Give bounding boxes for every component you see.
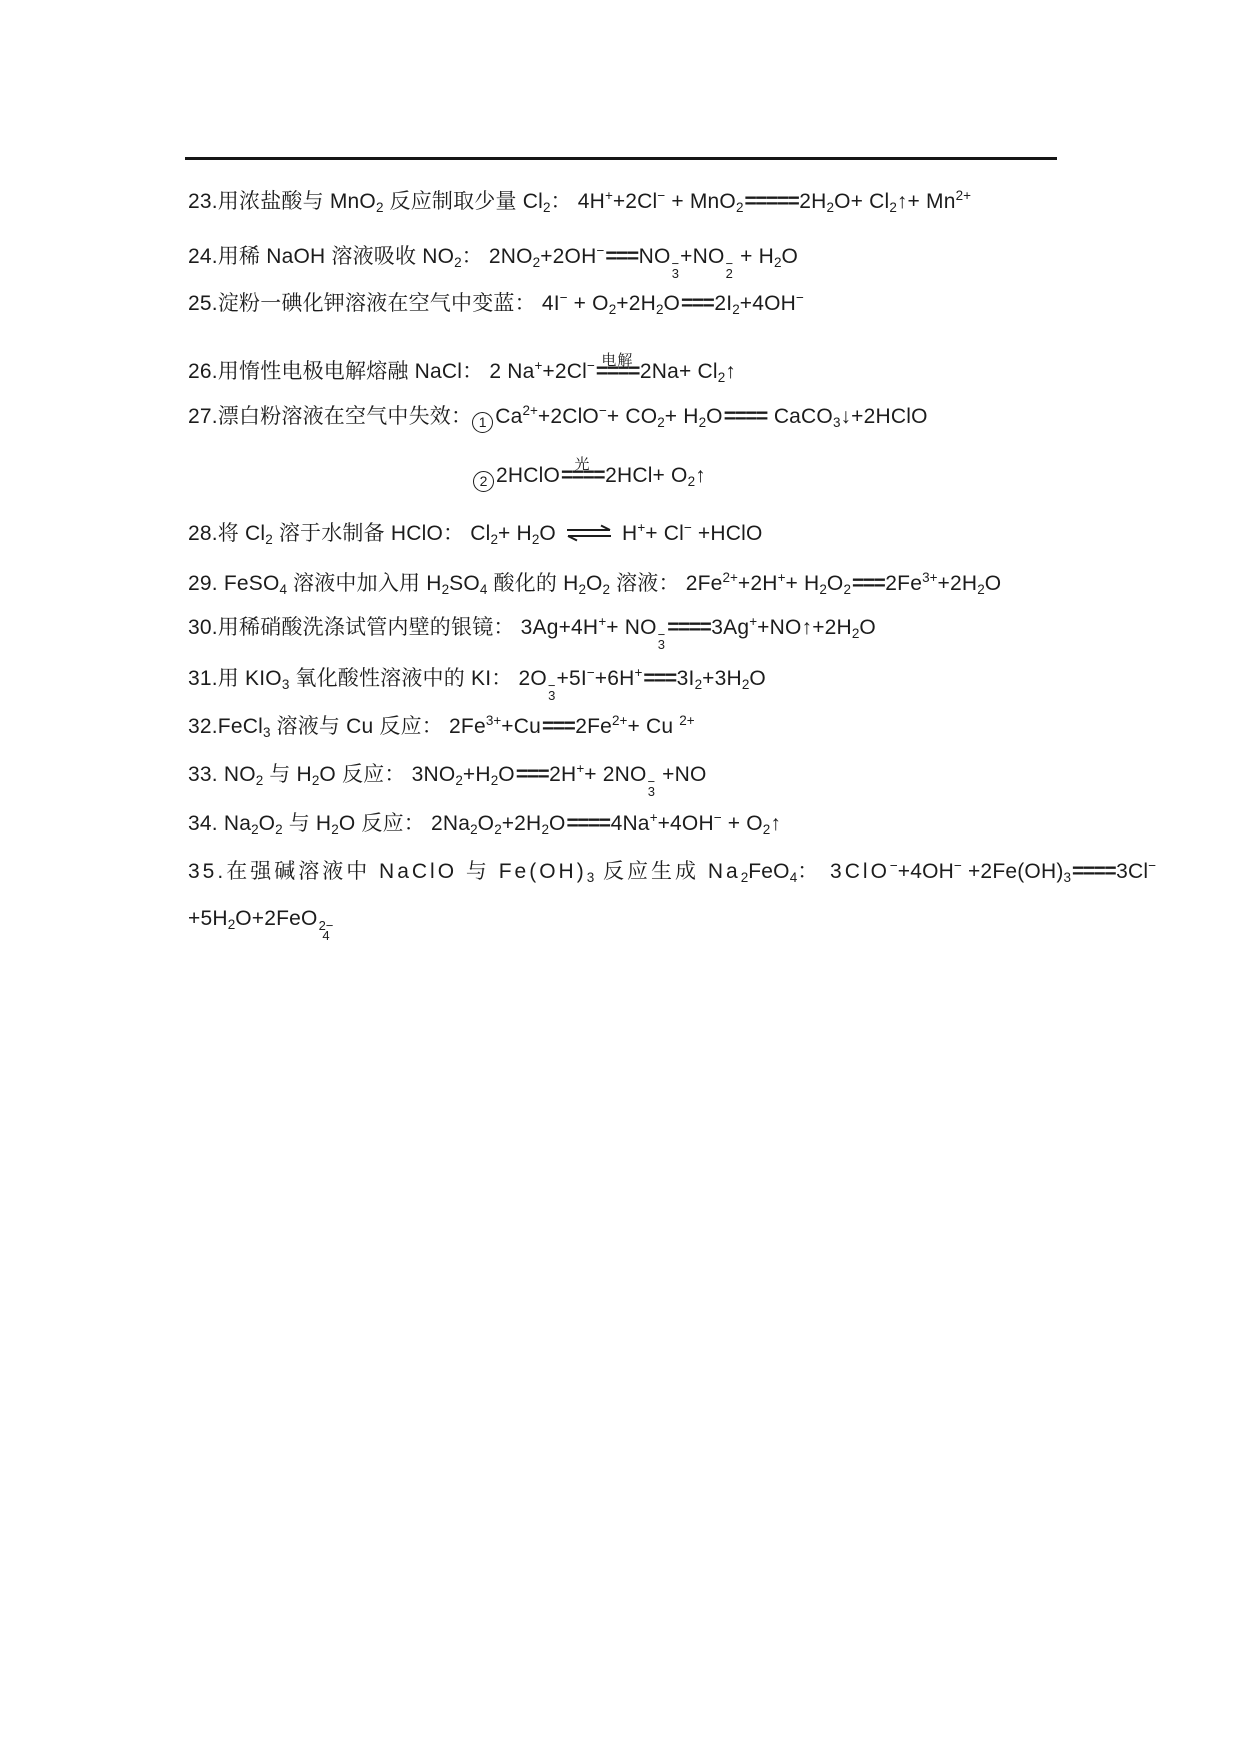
subscript: 2 (977, 582, 985, 597)
equation-line-29: 29. FeSO4 溶液中加入用 H2SO4 酸化的 H2O2 溶液： 2Fe2… (188, 564, 1001, 603)
equals-sign: ====电解 (596, 358, 639, 385)
charge-stack: 2−4 (318, 921, 335, 941)
subscript: 3 (1064, 870, 1072, 885)
text-run: ： 2NO (462, 245, 533, 268)
text-run: + O (722, 812, 763, 835)
text-run: +2Fe(OH) (962, 860, 1064, 883)
equation-line-35: 35.在强碱溶液中 NaClO 与 Fe(OH)3 反应生成 Na2FeO4： … (188, 852, 1156, 891)
text-run: +6H (595, 667, 635, 690)
text-run: O 反应： 2Na (339, 812, 470, 835)
text-run: +5H (188, 907, 228, 930)
text-run: 反应生成 Na (594, 860, 741, 883)
text-run: 33. NO (188, 763, 256, 786)
stack-subscript: 3 (658, 640, 665, 650)
equals-bars: ==== (1072, 860, 1115, 883)
text-run: +2OH (540, 245, 596, 268)
superscript: + (634, 665, 642, 680)
superscript: 2+ (522, 403, 537, 418)
text-run: 28.将 Cl (188, 522, 265, 545)
stack-subscript: 3 (672, 269, 679, 279)
text-run: 2Fe (575, 715, 612, 738)
equals-sign: ==== (1072, 858, 1115, 885)
text-run: + Cl (645, 522, 684, 545)
text-run: + H (665, 405, 699, 428)
text-run: 溶液与 Cu 反应： 2Fe (270, 715, 485, 738)
text-run: + 2NO (584, 763, 646, 786)
text-run: 与 H (283, 812, 332, 835)
superscript: − (587, 358, 595, 373)
text-run: +2Cl (542, 360, 587, 383)
text-run: O+2FeO (235, 907, 317, 930)
text-run: O (782, 245, 799, 268)
text-run: 34. Na (188, 812, 251, 835)
text-run: +NO↑+2H (757, 616, 852, 639)
subscript: 2 (843, 582, 851, 597)
text-run: O (586, 572, 603, 595)
text-run: 2Na+ Cl (640, 360, 718, 383)
text-run: 35.在强碱溶液中 NaClO 与 Fe(OH) (188, 860, 587, 883)
superscript: − (1148, 858, 1156, 873)
text-run: SO (449, 572, 480, 595)
subscript: 2 (819, 582, 827, 597)
text-run: +2H (937, 572, 977, 595)
text-run: O 反应： 3NO (319, 763, 455, 786)
text-run: O (706, 405, 723, 428)
superscript: + (778, 570, 786, 585)
superscript: − (714, 810, 722, 825)
text-run: +NO (680, 245, 724, 268)
equals-bars: ==== (724, 405, 767, 428)
text-run: O (478, 812, 495, 835)
subscript: 2 (827, 200, 835, 215)
text-run: ↑ (725, 360, 736, 383)
equals-bars: === (852, 572, 884, 595)
superscript: + (605, 188, 613, 203)
equals-bars: === (681, 292, 713, 315)
text-run: O (985, 572, 1002, 595)
text-run: +H (463, 763, 491, 786)
equation-line-35-continued: +5H2O+2FeO2−4 (188, 905, 334, 941)
equals-bars: ===== (744, 190, 798, 213)
text-run: +3H (702, 667, 742, 690)
circled-number: 2 (473, 471, 494, 492)
text-run: H (616, 522, 637, 545)
page: 23.用浓盐酸与 MnO2 反应制取少量 Cl2： 4H++2Cl− + MnO… (0, 0, 1242, 1757)
equation-line-24: 24.用稀 NaOH 溶液吸收 NO2： 2NO2+2OH−===NO−3+NO… (188, 237, 798, 279)
equals-sign: === (605, 243, 637, 270)
subscript: 2 (251, 822, 259, 837)
text-run: 酸化的 H (487, 572, 578, 595)
text-run: Ca (495, 405, 522, 428)
text-run: + H (734, 245, 774, 268)
text-run: + NO (606, 616, 656, 639)
text-run: 3I (677, 667, 695, 690)
text-run: 2H (549, 763, 576, 786)
equation-line-27-part2: 22HClO====光2HCl+ O2↑ (473, 462, 706, 495)
equals-sign: ==== (667, 614, 710, 641)
reaction-condition-label: 电解 (601, 353, 633, 368)
subscript: 2 (657, 415, 665, 430)
text-run: O (749, 667, 766, 690)
text-run: 24.用稀 NaOH 溶液吸收 NO (188, 245, 454, 268)
subscript: 2 (331, 822, 339, 837)
equation-line-33: 33. NO2 与 H2O 反应： 3NO2+H2O===2H++ 2NO−3 … (188, 755, 707, 797)
equation-line-25: 25.淀粉一碘化钾溶液在空气中变蓝： 4I− + O2+2H2O===2I2+4… (188, 284, 804, 323)
text-run: + O (568, 292, 609, 315)
text-run: 31.用 KIO (188, 667, 282, 690)
subscript: 2 (455, 773, 463, 788)
text-run: +HClO (692, 522, 763, 545)
equals-sign: ====光 (561, 462, 604, 489)
text-run: + H (786, 572, 820, 595)
equals-bars: === (643, 667, 675, 690)
text-run: +4OH (740, 292, 796, 315)
equation-line-28: 28.将 Cl2 溶于水制备 HClO： Cl2+ H2O H++ Cl− +H… (188, 514, 763, 553)
subscript: 2 (494, 822, 502, 837)
text-run: 与 H (263, 763, 312, 786)
text-run: 23.用浓盐酸与 MnO (188, 190, 376, 213)
superscript: 3+ (486, 713, 501, 728)
superscript: − (954, 858, 962, 873)
subscript: 2 (470, 822, 478, 837)
subscript: 2 (688, 474, 696, 489)
text-run: 反应制取少量 Cl (383, 190, 543, 213)
text-run: CaCO (768, 405, 833, 428)
equals-sign: === (516, 761, 548, 788)
text-run: +2H (738, 572, 778, 595)
subscript: 2 (578, 582, 586, 597)
superscript: 2+ (956, 188, 971, 203)
text-run: O (549, 812, 566, 835)
text-run: O+ Cl (834, 190, 889, 213)
equals-bars: === (542, 715, 574, 738)
superscript: 2+ (679, 713, 694, 728)
superscript: − (684, 520, 692, 535)
reversible-arrows-icon (566, 522, 612, 549)
subscript: 4 (279, 582, 287, 597)
superscript: − (560, 290, 568, 305)
text-run: O (859, 616, 876, 639)
equals-sign: ==== (724, 403, 767, 430)
superscript: − (596, 243, 604, 258)
equals-bars: ==== (667, 616, 710, 639)
text-run: 26.用惰性电极电解熔融 NaCl： 2 Na (188, 360, 535, 383)
subscript: 2 (603, 582, 611, 597)
equals-bars: === (605, 245, 637, 268)
subscript: 2 (490, 532, 498, 547)
text-run: 2Fe (885, 572, 922, 595)
superscript: 3+ (922, 570, 937, 585)
equation-line-23: 23.用浓盐酸与 MnO2 反应制取少量 Cl2： 4H++2Cl− + MnO… (188, 182, 971, 221)
text-run: 25.淀粉一碘化钾溶液在空气中变蓝： 4I (188, 292, 560, 315)
equation-line-30: 30.用稀硝酸洗涤试管内壁的银镜： 3Ag+4H++ NO−3====3Ag++… (188, 608, 876, 650)
text-run: + CO (607, 405, 657, 428)
text-run: 27.漂白粉溶液在空气中失效： (188, 405, 472, 428)
equals-sign: ==== (567, 810, 610, 837)
superscript: − (587, 665, 595, 680)
circled-number: 1 (472, 412, 493, 433)
superscript: − (890, 858, 898, 873)
charge-stack: −3 (671, 259, 681, 279)
subscript: 2 (275, 822, 283, 837)
equals-sign: === (643, 665, 675, 692)
text-run: NO (639, 245, 671, 268)
equation-line-32: 32.FeCl3 溶液与 Cu 反应： 2Fe3++Cu===2Fe2++ Cu… (188, 707, 695, 746)
subscript: 2 (541, 822, 549, 837)
equation-line-27: 27.漂白粉溶液在空气中失效：1Ca2++2ClO−+ CO2+ H2O====… (188, 397, 928, 436)
subscript: 2 (265, 532, 273, 547)
subscript: 2 (732, 302, 740, 317)
stack-subscript: 3 (648, 787, 655, 797)
text-run: +2ClO (538, 405, 599, 428)
text-run: 氧化酸性溶液中的 KI： 2O (289, 667, 547, 690)
text-run: + H (498, 522, 532, 545)
equals-bars: ==== (567, 812, 610, 835)
equals-sign: ===== (744, 188, 798, 215)
equals-sign: === (542, 713, 574, 740)
text-run: 3Ag (711, 616, 749, 639)
text-run: 29. FeSO (188, 572, 279, 595)
text-run: +5I (556, 667, 586, 690)
stack-subscript: 3 (548, 691, 555, 701)
text-run: 3Cl (1116, 860, 1148, 883)
text-run: O (539, 522, 562, 545)
equation-line-26: 26.用惰性电极电解熔融 NaCl： 2 Na++2Cl−====电解2Na+ … (188, 352, 736, 391)
text-run: 4Na (611, 812, 650, 835)
stack-subscript: 4 (322, 931, 329, 941)
equation-line-34: 34. Na2O2 与 H2O 反应： 2Na2O2+2H2O====4Na++… (188, 804, 781, 843)
text-run: O (827, 572, 844, 595)
text-run: O (663, 292, 680, 315)
subscript: 2 (889, 200, 897, 215)
text-run: +Cu (501, 715, 541, 738)
subscript: 2 (695, 677, 703, 692)
text-run: ↑+ Mn (897, 190, 956, 213)
superscript: − (599, 403, 607, 418)
text-run: ： 4H (550, 190, 604, 213)
equals-sign: === (681, 290, 713, 317)
superscript: 2+ (612, 713, 627, 728)
text-run: ↑ (770, 812, 781, 835)
text-run: 32.FeCl (188, 715, 263, 738)
text-run: 2I (714, 292, 732, 315)
text-run: 2HCl+ O (605, 464, 688, 487)
text-run: FeO (748, 860, 789, 883)
text-run: 2HClO (496, 464, 560, 487)
text-run: ↓+2HClO (840, 405, 927, 428)
text-run: O (498, 763, 515, 786)
text-run: 溶于水制备 HClO： Cl (273, 522, 491, 545)
text-run: + MnO (665, 190, 736, 213)
text-run: ： 3ClO (797, 860, 890, 883)
top-divider (185, 157, 1057, 160)
text-run: +NO (656, 763, 706, 786)
superscript: + (749, 614, 757, 629)
text-run: + Cu (627, 715, 679, 738)
text-run: 溶液： 2Fe (610, 572, 722, 595)
equals-sign: === (852, 570, 884, 597)
equation-line-31: 31.用 KIO3 氧化酸性溶液中的 KI： 2O−3+5I−+6H+===3I… (188, 659, 766, 701)
text-run: O (259, 812, 276, 835)
subscript: 2 (774, 255, 782, 270)
text-run: +4OH (898, 860, 954, 883)
text-run: +2Cl (613, 190, 658, 213)
text-run: 溶液中加入用 H (287, 572, 442, 595)
text-run: +2H (502, 812, 542, 835)
stack-subscript: 2 (726, 269, 733, 279)
superscript: + (650, 810, 658, 825)
equals-bars: === (516, 763, 548, 786)
superscript: 2+ (723, 570, 738, 585)
text-run: +4OH (658, 812, 714, 835)
text-run: ↑ (695, 464, 706, 487)
text-run: 2H (799, 190, 826, 213)
charge-stack: −3 (657, 630, 667, 650)
charge-stack: −3 (647, 777, 657, 797)
charge-stack: −2 (725, 259, 735, 279)
superscript: − (796, 290, 804, 305)
subscript: 2 (454, 255, 462, 270)
text-run: 30.用稀硝酸洗涤试管内壁的银镜： 3Ag+4H (188, 616, 598, 639)
subscript: 2 (736, 200, 744, 215)
text-run: +2H (616, 292, 656, 315)
reaction-condition-label: 光 (575, 457, 591, 472)
